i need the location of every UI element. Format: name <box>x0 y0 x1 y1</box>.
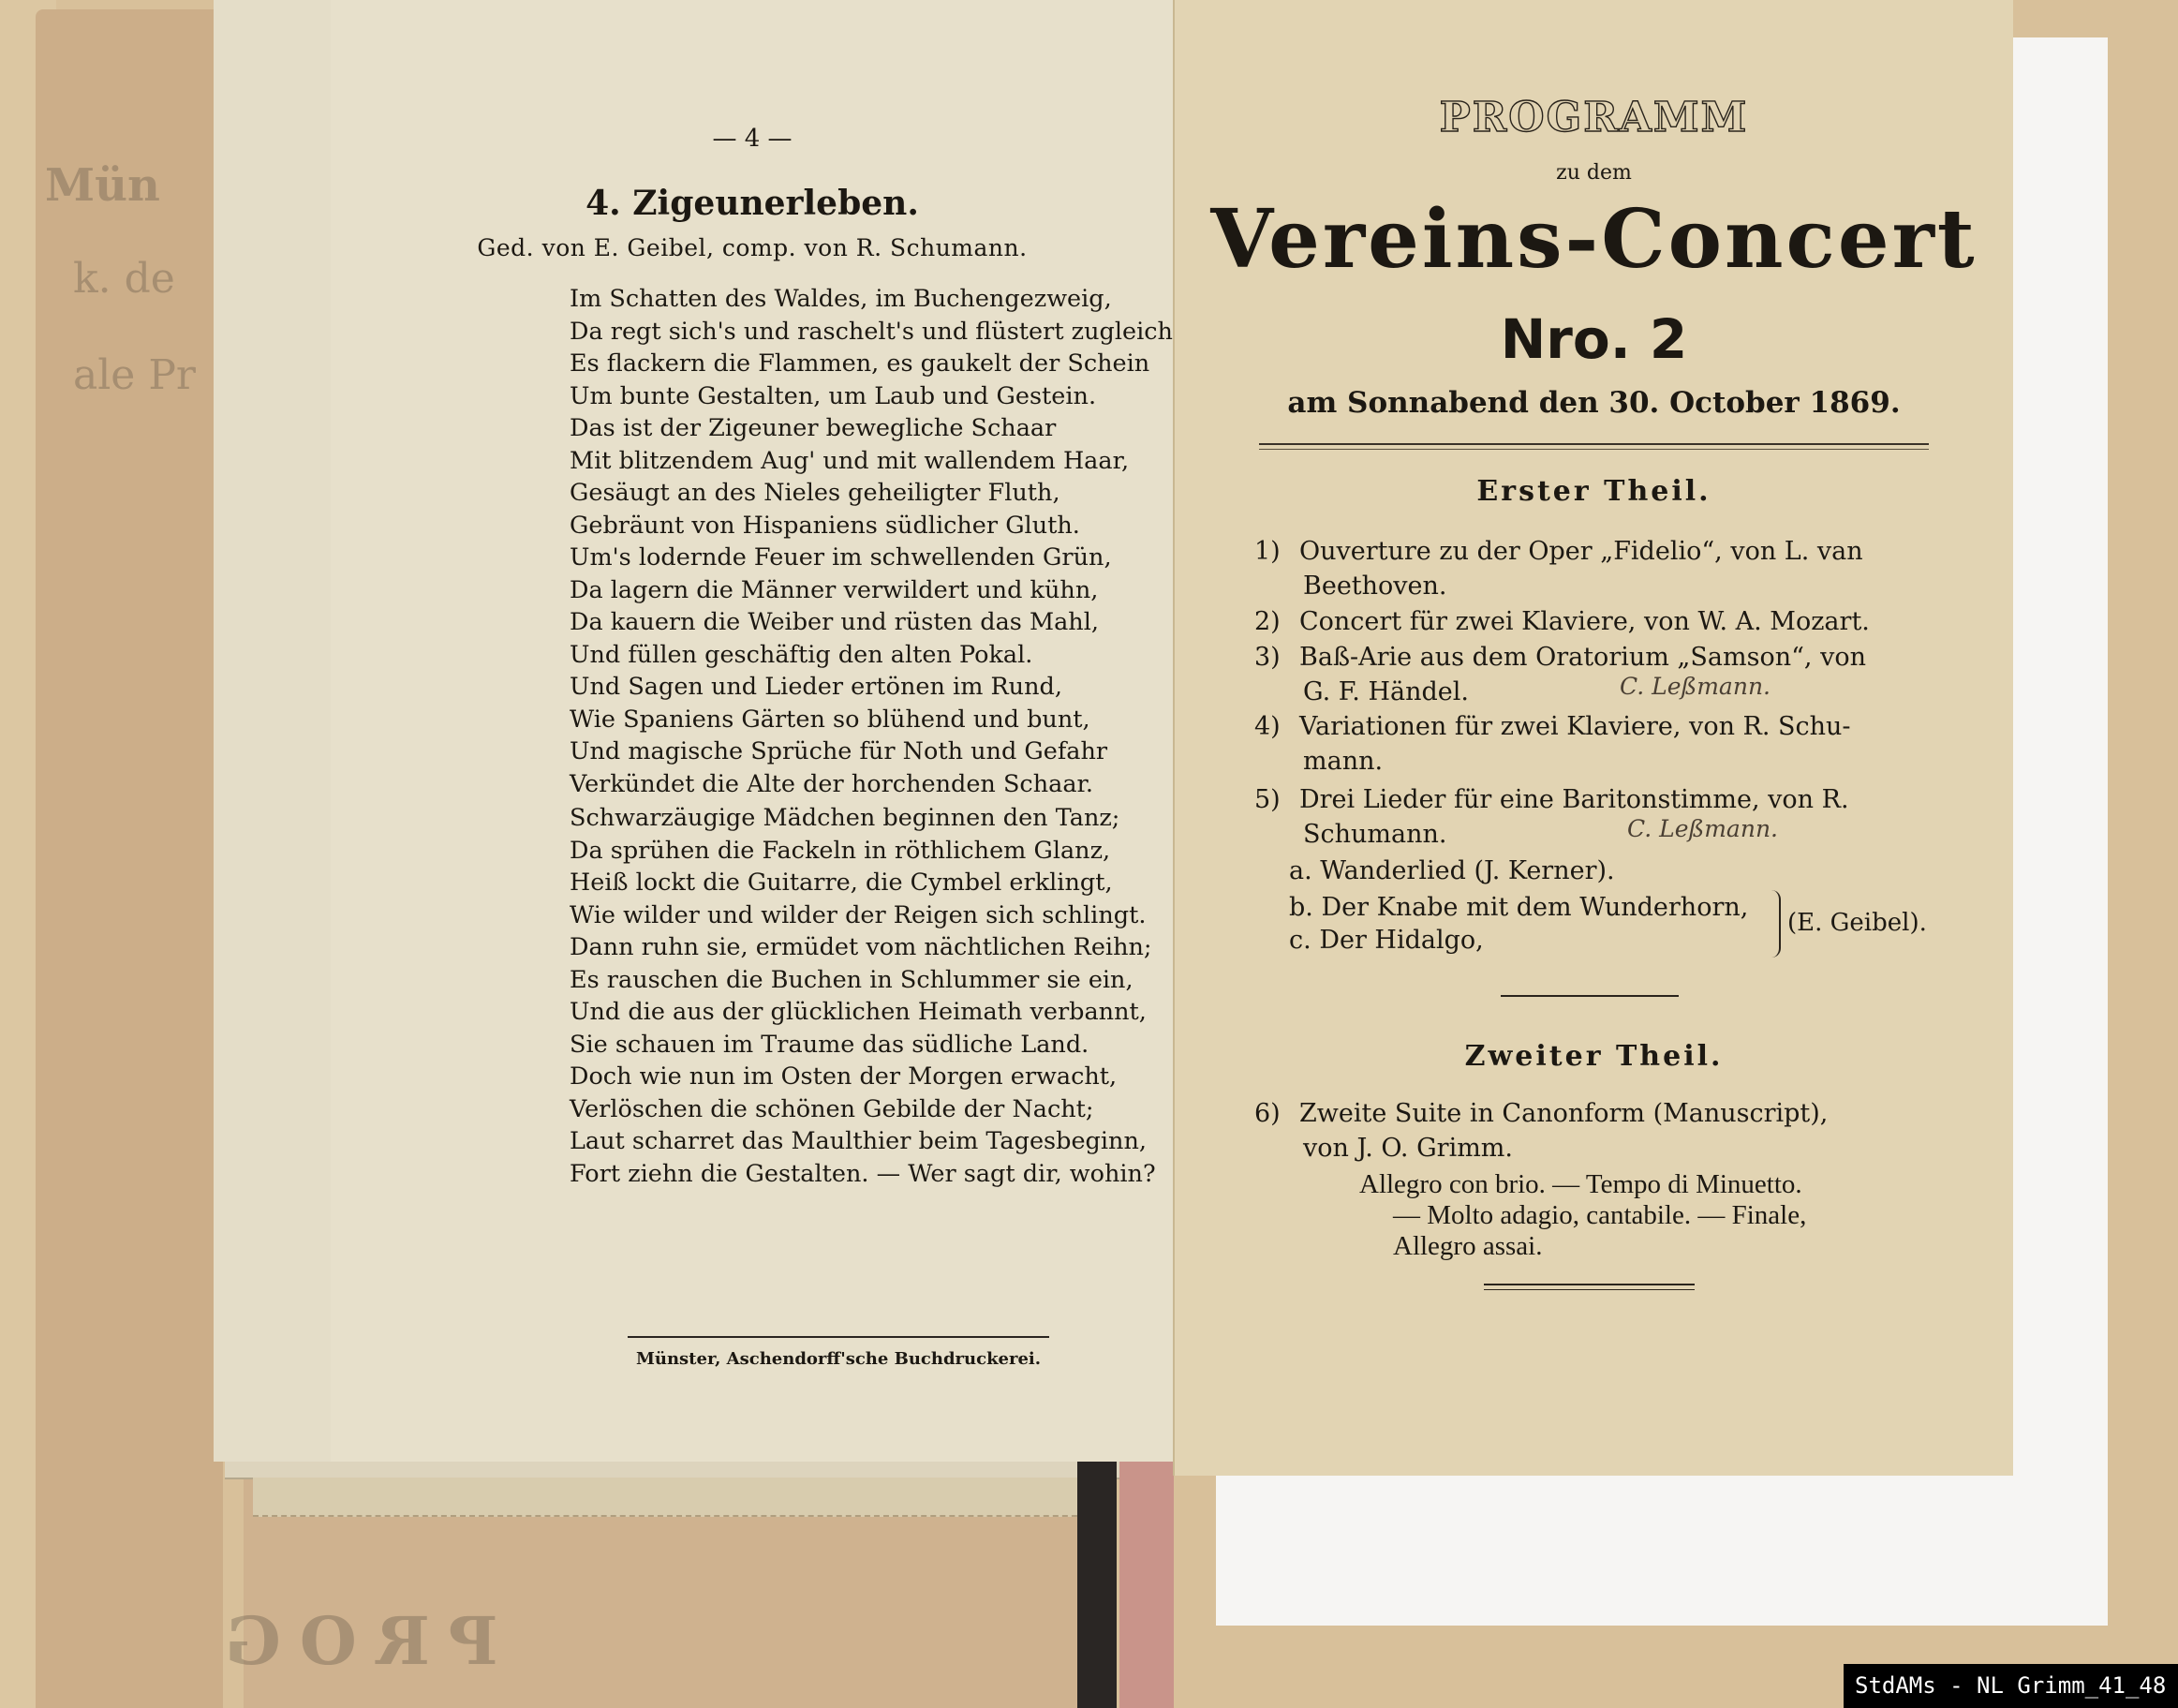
program-subheading: zu dem <box>1175 161 2013 185</box>
part-one-heading: Erster Theil. <box>1175 475 2013 508</box>
verse-line: Da lagern die Männer verwildert und kühn… <box>570 574 1112 607</box>
handwritten-note: C. Leßmann. <box>1620 673 1771 700</box>
item-text: Zweite Suite in Canonform (Manuscript), <box>1299 1099 1828 1128</box>
right-page-program: PROGRAMM zu dem Vereins-Concert Nro. 2 a… <box>1173 0 2013 1476</box>
underlying-program-sheet: Mün k. de ale Pr <box>36 9 223 1708</box>
item-continuation: G. F. Händel. <box>1254 675 1943 709</box>
item-number: 2) <box>1254 604 1299 639</box>
verse-line: Um's lodernde Feuer im schwellenden Grün… <box>570 542 1112 574</box>
ghost-text: PROG <box>206 1602 498 1680</box>
movement-line: Allegro con brio. — Tempo di Minuetto. <box>1359 1168 1802 1200</box>
section-divider <box>1501 995 1679 997</box>
stanza: Schwarzäugige Mädchen beginnen den Tanz;… <box>570 802 1146 931</box>
verse-line: Mit blitzendem Aug' und mit wallendem Ha… <box>570 445 1129 478</box>
item-text: Variationen für zwei Klaviere, von R. Sc… <box>1299 712 1851 741</box>
song-item: a. Wanderlied (J. Kerner). <box>1289 854 1615 888</box>
verse-line: Schwarzäugige Mädchen beginnen den Tanz; <box>570 802 1146 835</box>
imprint-rule <box>628 1336 1049 1338</box>
concert-title: Vereins-Concert <box>1175 192 2013 287</box>
curly-brace <box>1768 890 1781 958</box>
archive-label: StdAMs - NL Grimm_41_48 <box>1844 1664 2178 1708</box>
verse-line: Und magische Sprüche für Noth und Gefahr <box>570 735 1107 768</box>
verse-line: Und Sagen und Lieder ertönen im Rund, <box>570 671 1107 704</box>
item-number: 6) <box>1254 1096 1299 1131</box>
verse-line: Das ist der Zigeuner bewegliche Schaar <box>570 412 1129 445</box>
torn-paper-edge <box>253 1478 1096 1517</box>
binding-spine <box>1077 1457 1117 1708</box>
left-page: — 4 — 4. Zigeunerleben. Ged. von E. Geib… <box>214 0 1174 1462</box>
white-mount-card <box>2009 37 2108 1626</box>
verse-line: Wie wilder und wilder der Reigen sich sc… <box>570 899 1146 932</box>
stanza: Um's lodernde Feuer im schwellenden Grün… <box>570 542 1112 671</box>
stanza: Doch wie nun im Osten der Morgen erwacht… <box>570 1061 1156 1190</box>
song-title: Der Knabe mit dem Wunderhorn, <box>1321 893 1748 922</box>
song-label: c. <box>1289 926 1311 955</box>
songs-author: (E. Geibel). <box>1787 909 1927 937</box>
verse-line: Verlöschen die schönen Gebilde der Nacht… <box>570 1093 1156 1126</box>
item-text: Concert für zwei Klaviere, von W. A. Moz… <box>1299 607 1870 636</box>
item-number: 5) <box>1254 782 1299 817</box>
stanza: Das ist der Zigeuner bewegliche Schaar M… <box>570 412 1129 542</box>
concert-date: am Sonnabend den 30. October 1869. <box>1175 386 2013 420</box>
poem-title: 4. Zigeunerleben. <box>331 184 1174 223</box>
verse-line: Wie Spaniens Gärten so blühend und bunt, <box>570 704 1107 736</box>
verse-line: Doch wie nun im Osten der Morgen erwacht… <box>570 1061 1156 1093</box>
verse-line: Fort ziehn die Gestalten. — Wer sagt dir… <box>570 1158 1156 1191</box>
program-heading: PROGRAMM <box>1175 94 2013 141</box>
verse-line: Verkündet die Alte der horchenden Schaar… <box>570 768 1107 801</box>
white-mount-card <box>1216 1462 2108 1626</box>
stanza: Und Sagen und Lieder ertönen im Rund, Wi… <box>570 671 1107 800</box>
poem-credit: Ged. von E. Geibel, comp. von R. Schuman… <box>289 234 1216 261</box>
verse-line: Dann ruhn sie, ermüdet vom nächtlichen R… <box>570 931 1152 964</box>
item-text: Ouverture zu der Oper „Fidelio“, von L. … <box>1299 537 1863 566</box>
item-continuation: Beethoven. <box>1254 569 1943 603</box>
ghost-text: Mün <box>45 159 160 212</box>
program-item: 6)Zweite Suite in Canonform (Manuscript)… <box>1254 1096 1943 1166</box>
program-item: 1)Ouverture zu der Oper „Fidelio“, von L… <box>1254 534 1943 603</box>
part-two-heading: Zweiter Theil. <box>1175 1040 2013 1073</box>
verse-line: Und füllen geschäftig den alten Pokal. <box>570 639 1112 672</box>
verse-line: Da sprühen die Fackeln in röthlichem Gla… <box>570 835 1146 868</box>
stanza: Im Schatten des Waldes, im Buchengezweig… <box>570 283 1181 412</box>
song-item: b. Der Knabe mit dem Wunderhorn, <box>1289 890 1748 925</box>
item-number: 4) <box>1254 709 1299 744</box>
item-continuation: von J. O. Grimm. <box>1254 1131 1943 1166</box>
item-text: Baß-Arie aus dem Oratorium „Samson“, von <box>1299 643 1866 672</box>
verse-line: Um bunte Gestalten, um Laub und Gestein. <box>570 380 1181 413</box>
movement-line: Allegro assai. <box>1393 1230 1542 1262</box>
verse-line: Es flackern die Flammen, es gaukelt der … <box>570 348 1181 380</box>
item-continuation: Schumann. <box>1254 817 1943 852</box>
ghost-text: k. de <box>73 255 175 303</box>
item-continuation: mann. <box>1254 744 1943 779</box>
program-item: 4)Variationen für zwei Klaviere, von R. … <box>1254 709 1943 779</box>
program-item: 5)Drei Lieder für eine Baritonstimme, vo… <box>1254 782 1943 852</box>
verse-line: Laut scharret das Maulthier beim Tagesbe… <box>570 1125 1156 1158</box>
page-number: — 4 — <box>331 125 1174 153</box>
verse-line: Im Schatten des Waldes, im Buchengezweig… <box>570 283 1181 316</box>
double-rule <box>1259 443 1929 450</box>
item-number: 3) <box>1254 640 1299 675</box>
item-text: Drei Lieder für eine Baritonstimme, von … <box>1299 785 1849 814</box>
verse-line: Und die aus der glücklichen Heimath verb… <box>570 996 1152 1029</box>
handwritten-note: C. Leßmann. <box>1627 815 1778 842</box>
printer-imprint: Münster, Aschendorff'sche Buchdruckerei. <box>628 1349 1049 1369</box>
verse-line: Sie schauen im Traume das südliche Land. <box>570 1029 1152 1062</box>
song-item: c. Der Hidalgo, <box>1289 923 1484 958</box>
concert-number: Nro. 2 <box>1175 307 2013 371</box>
binding-pink-strip <box>1119 1457 1174 1708</box>
verse-line: Heiß lockt die Guitarre, die Cymbel erkl… <box>570 867 1146 899</box>
program-item: 3)Baß-Arie aus dem Oratorium „Samson“, v… <box>1254 640 1943 709</box>
verse-line: Da regt sich's und raschelt's und flüste… <box>570 316 1181 349</box>
song-label: b. <box>1289 893 1313 922</box>
ghost-text: ale Pr <box>73 351 196 399</box>
song-title: Der Hidalgo, <box>1319 926 1483 955</box>
verse-line: Es rauschen die Buchen in Schlummer sie … <box>570 964 1152 997</box>
movement-line: — Molto adagio, cantabile. — Finale, <box>1393 1199 1806 1231</box>
song-title: Wanderlied (J. Kerner). <box>1320 856 1614 885</box>
stanza: Dann ruhn sie, ermüdet vom nächtlichen R… <box>570 931 1152 1061</box>
verse-line: Da kauern die Weiber und rüsten das Mahl… <box>570 606 1112 639</box>
verse-line: Gesäugt an des Nieles geheiligter Fluth, <box>570 477 1129 510</box>
end-rule <box>1484 1284 1695 1290</box>
item-number: 1) <box>1254 534 1299 569</box>
song-label: a. <box>1289 856 1312 885</box>
program-item: 2)Concert für zwei Klaviere, von W. A. M… <box>1254 604 1943 639</box>
verse-line: Gebräunt von Hispaniens südlicher Gluth. <box>570 510 1129 542</box>
